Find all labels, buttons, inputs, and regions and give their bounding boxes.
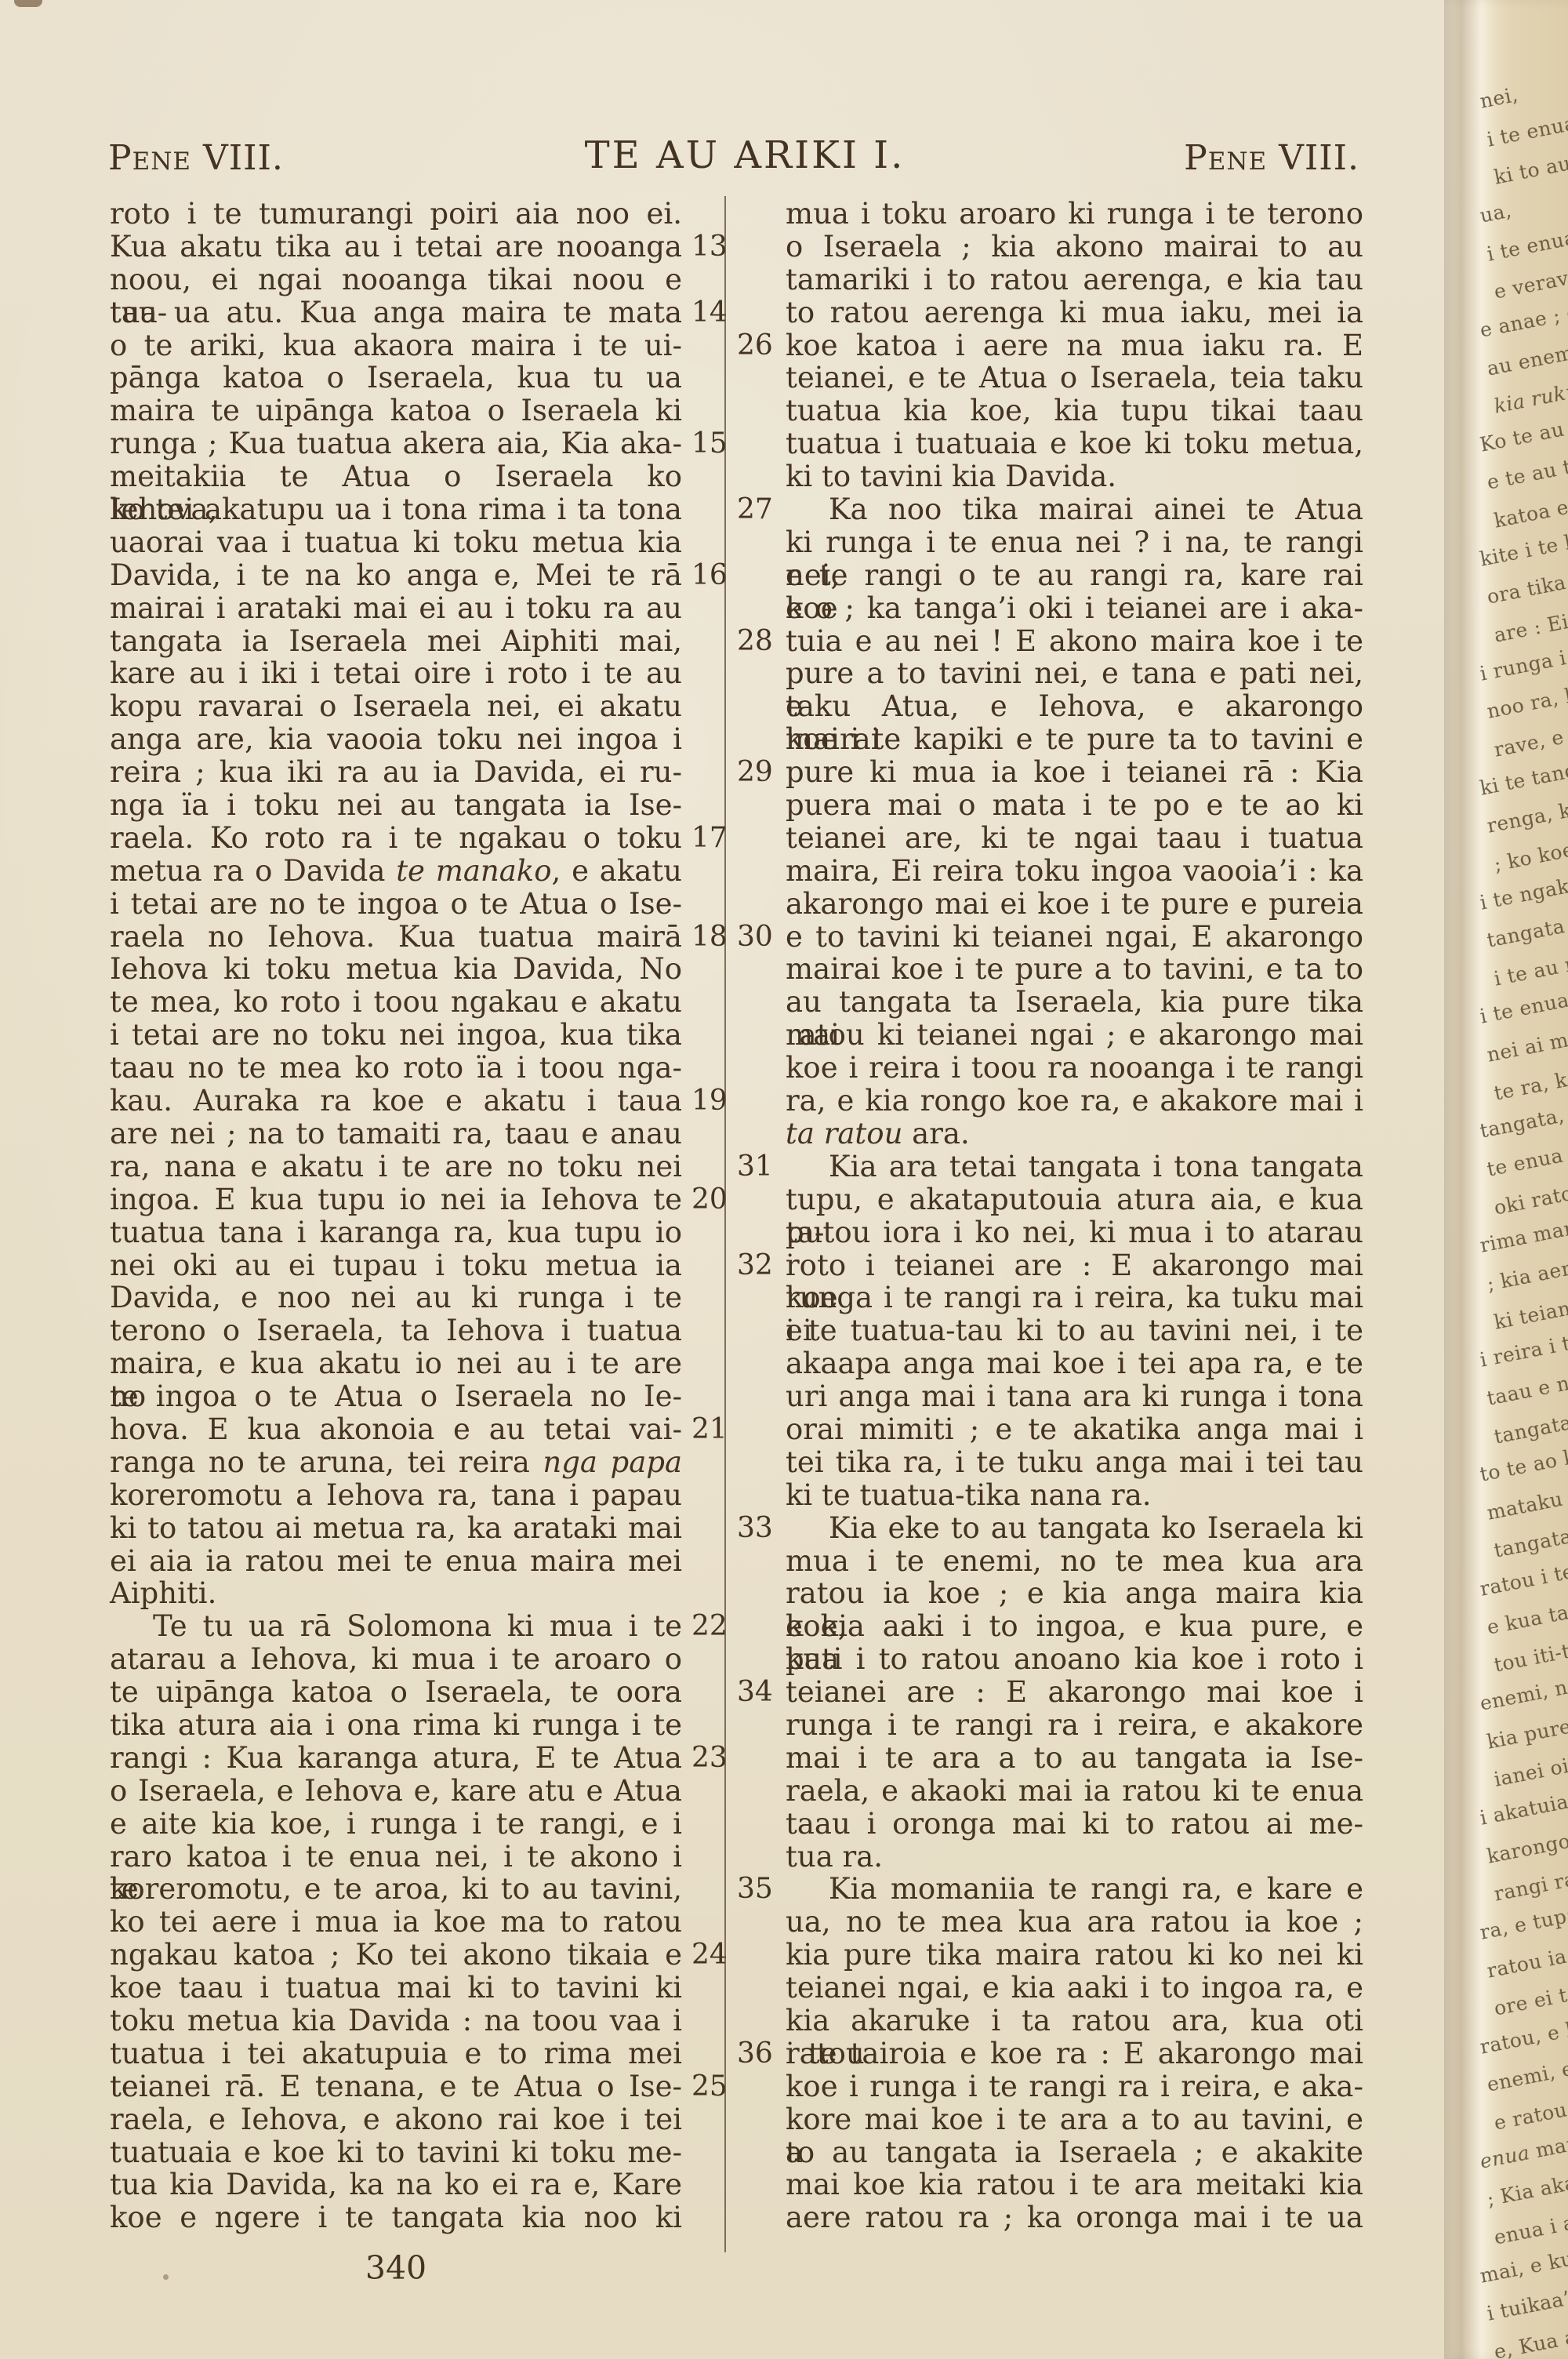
text-line: reira ; kua iki ra au ia Davida, ei ru- — [110, 756, 682, 789]
verse-number: 27 — [737, 493, 782, 526]
text-line: koe katoa i aere na mua iaku ra. E26 — [786, 329, 1363, 362]
verse-number: 17 — [691, 822, 746, 855]
text-line: taau i oronga mai ki to ratou ai me- — [786, 1808, 1363, 1841]
text-line: ingoa. E kua tupu io nei ia Iehova te20 — [110, 1183, 682, 1216]
verse-number: 23 — [691, 1742, 746, 1775]
text-line: rangi : Kua karanga atura, E te Atua23 — [110, 1742, 682, 1775]
text-line: te uipānga katoa o Iseraela, te oora — [110, 1676, 682, 1709]
text-line: teianei, e te Atua o Iseraela, teia taku — [786, 362, 1363, 394]
text-line: e te rangi o te au rangi ra, kare rai ko… — [786, 559, 1363, 592]
text-line: mua i te enemi, no te mea kua ara — [786, 1545, 1363, 1578]
text-line: mua i toku aroaro ki runga i te terono — [786, 198, 1363, 231]
text-line: e aite kia koe, i runga i te rangi, e i — [110, 1808, 682, 1841]
text-line: koreromotu a Iehova ra, tana i papau — [110, 1479, 682, 1512]
text-line: ua, no te mea kua ara ratou ia koe ; — [786, 1906, 1363, 1939]
text-line: kau. Auraka ra koe e akatu i taua19 — [110, 1085, 682, 1118]
text-line: te ingoa o te Atua o Iseraela no Ie- — [110, 1380, 682, 1413]
right-text-column: mua i toku aroaro ki runga i te teronoo … — [786, 198, 1363, 2234]
edge-text-fragment: ki teianei are — [1492, 1285, 1568, 1334]
text-line: ta ratou ara. — [786, 1118, 1363, 1150]
edge-text-fragment: Ko te au pure — [1478, 407, 1568, 456]
text-line: orai mimiti ; e te akatika anga mai i — [786, 1413, 1363, 1446]
header-book-title: TE AU ARIKI I. — [502, 133, 988, 177]
text-line: mairai i arataki mai ei au i toku ra au — [110, 592, 682, 625]
edge-text-fragment: i te enua nei — [1485, 219, 1568, 266]
edge-text-fragment: ora tika ma — [1485, 564, 1568, 609]
text-line: ra, e kia rongo koe ra, e akakore mai i — [786, 1085, 1363, 1118]
edge-text-fragment: ; ko koe, ko — [1492, 831, 1568, 875]
text-line: teianei are, ki te ngai taau i tuatua — [786, 822, 1363, 855]
text-line: teianei are : E akarongo mai koe i34 — [786, 1676, 1363, 1709]
text-line: metua ra o Davida te manako, e akatu — [110, 855, 682, 888]
text-line: noou, ei ngai nooanga tikai noou e tua- — [110, 264, 682, 296]
verse-number: 25 — [691, 2070, 746, 2103]
edge-text-fragment: i te enua nei, — [1485, 103, 1568, 151]
text-line: tuatua kia koe, kia tupu tikai taau — [786, 394, 1363, 427]
edge-text-fragment: i te au rā ka — [1492, 944, 1568, 990]
edge-text-fragment: nei, — [1478, 83, 1519, 113]
text-line: tua kia Davida, ka na ko ei ra e, Kare — [110, 2168, 682, 2201]
text-line: Iehova ki toku metua kia Davida, No — [110, 953, 682, 986]
text-line: tika atura aia i ona rima ki runga i te — [110, 1709, 682, 1742]
text-line: maira, Ei reira toku ingoa vaooia’i : ka — [786, 855, 1363, 888]
text-line: kore mai koe i te ara a to au tavini, e … — [786, 2103, 1363, 2136]
text-line: are nei ; na to tamaiti ra, taau e anau — [110, 1118, 682, 1150]
text-line: tangata ia Iseraela mei Aiphiti mai, — [110, 625, 682, 658]
text-line: akarongo mai ei koe i te pure e pureia — [786, 888, 1363, 921]
text-line: taku Atua, e Iehova, e akarongo mairai — [786, 690, 1363, 723]
edge-text-fragment: i tuikaa’i rat — [1485, 2278, 1568, 2325]
edge-text-fragment: e anae ; e k — [1478, 296, 1568, 341]
text-line: au tangata ta Iseraela, kia pure tika ma… — [786, 986, 1363, 1019]
text-line: Ka noo tika mairai ainei te Atua27 — [786, 493, 1363, 526]
text-line: tuatua i tei akatupuia e to rima mei tei — [110, 2037, 682, 2070]
text-line: tuatua tana i karanga ra, kua tupu io — [110, 1216, 682, 1249]
text-line: nga ïa i toku nei au tangata ia Ise- — [110, 789, 682, 822]
verse-number: 35 — [737, 1873, 782, 1906]
edge-text-fragment: i te ngakau o t — [1478, 863, 1568, 914]
text-line: koe e ngere i te tangata kia noo ki — [110, 2201, 682, 2234]
text-line: toku metua kia Davida : na toou vaa i — [110, 2005, 682, 2037]
edge-text-fragment: kite i te kino — [1478, 524, 1568, 571]
text-line: mai koe kia ratou i te ara meitaki kia — [786, 2168, 1363, 2201]
text-line: Davida, i te na ko anga e, Mei te rā16 — [110, 559, 682, 592]
text-line: e to tavini ki teianei ngai, E akarongo3… — [786, 921, 1363, 954]
text-line: hova. E kua akonoia e au tetai vai-21 — [110, 1413, 682, 1446]
text-line: koe i runga i te rangi ra i reira, e aka… — [786, 2070, 1363, 2103]
text-line: tamariki i to ratou aerenga, e kia tau — [786, 264, 1363, 296]
text-line: raro katoa i te enua nei, i te akono i t… — [110, 1841, 682, 1874]
verse-number: 24 — [691, 1939, 746, 1972]
text-line: te mea, ko roto i toou ngakau e akatu — [110, 986, 682, 1019]
text-line: tuatua i tuatuaia e koe ki toku metua, — [786, 427, 1363, 460]
edge-text-fragment: oki ratou i to — [1492, 1172, 1568, 1219]
verse-number: 36 — [737, 2037, 782, 2070]
text-line: putou iora i ko nei, ki mua i to atarau … — [786, 1216, 1363, 1249]
text-line: uri anga mai i tana ara ki runga i tona — [786, 1380, 1363, 1413]
verse-number: 14 — [691, 296, 746, 329]
left-text-column: roto i te tumurangi poiri aia noo ei.Kua… — [110, 198, 682, 2234]
text-line: tuatuaia e koe ki to tavini ki toku me- — [110, 2136, 682, 2169]
text-line: terono o Iseraela, ta Iehova i tuatua — [110, 1314, 682, 1347]
verse-number: 31 — [737, 1150, 782, 1183]
verse-number: 29 — [737, 756, 782, 789]
header-chapter-left: Pene VIII. — [108, 138, 284, 178]
verse-number: 22 — [691, 1610, 746, 1643]
text-line: roto i teianei are : E akarongo mai koe … — [786, 1249, 1363, 1282]
text-line: pānga katoa o Iseraela, kua tu ua — [110, 362, 682, 394]
text-line: ngakau katoa ; Ko tei akono tikaia e24 — [110, 1939, 682, 1972]
text-line: uaorai vaa i tuatua ki toku metua kia — [110, 526, 682, 559]
verse-number: 32 — [737, 1249, 782, 1282]
text-line: pure ki mua ia koe i teianei rā : Kia29 — [786, 756, 1363, 789]
text-line: Aiphiti. — [110, 1577, 682, 1610]
text-line: i te tairoia e koe ra : E akarongo mai36 — [786, 2037, 1363, 2070]
header-chapter-right: Pene VIII. — [1184, 138, 1359, 178]
text-line: meitakiia te Atua o Iseraela ko Iehova, — [110, 460, 682, 493]
text-line: tuia e au nei ! E akono maira koe i te28 — [786, 625, 1363, 658]
paper-dot — [163, 2274, 169, 2280]
edge-text-fragment: tangata ke — [1492, 1405, 1568, 1448]
text-line: Kia momaniia te rangi ra, e kare e35 — [786, 1873, 1363, 1906]
edge-text-fragment: au enemi — [1485, 340, 1568, 380]
page-header: Pene VIII. TE AU ARIKI I. Pene VIII. — [0, 0, 1568, 196]
text-line: runga i te rangi ra i reira, e akakore — [786, 1709, 1363, 1742]
text-line: koe taau i tuatua mai ki to tavini ki — [110, 1972, 682, 2005]
text-line: tau ua atu. Kua anga maira te mata14 — [110, 296, 682, 329]
text-line: kare au i iki i tetai oire i roto i te a… — [110, 657, 682, 690]
text-line: maira, e kua akatu io nei au i te are no — [110, 1347, 682, 1380]
verse-number: 16 — [691, 559, 746, 592]
text-line: ko tei akatupu ua i tona rima i ta tona — [110, 493, 682, 526]
verse-number: 13 — [691, 231, 746, 264]
edge-text-fragment: te ra, kare te — [1492, 1056, 1568, 1104]
text-line: kopu ravarai o Iseraela nei, ei akatu — [110, 690, 682, 723]
text-line: Kia eke to au tangata ko Iseraela ki33 — [786, 1512, 1363, 1545]
page-number: 340 — [278, 2249, 514, 2287]
verse-number: 19 — [691, 1085, 746, 1118]
verse-number: 28 — [737, 625, 782, 658]
text-line: nei oki au ei tupau i toku metua ia — [110, 1249, 682, 1282]
text-line: Te tu ua rā Solomona ki mua i te22 — [110, 1610, 682, 1643]
edge-text-fragment: i runga i te — [1478, 641, 1568, 685]
edge-text-fragment: to te ao k — [1478, 1445, 1568, 1486]
text-line: ki runga i te enua nei ? i na, te rangi … — [786, 526, 1363, 559]
edge-text-fragment: i reira i t — [1478, 1332, 1568, 1372]
edge-text-fragment: mai, e kua pur — [1478, 2237, 1568, 2288]
book-page: Pene VIII. TE AU ARIKI I. Pene VIII. rot… — [0, 0, 1568, 2359]
text-line: kia pure tika maira ratou ki ko nei ki — [786, 1939, 1363, 1972]
text-line: koe i reira i toou ra nooanga i te rangi — [786, 1052, 1363, 1085]
text-line: akaapa anga mai koe i tei apa ra, e te — [786, 1347, 1363, 1380]
text-line: raela no Iehova. Kua tuatua mairā18 — [110, 921, 682, 954]
text-line: puera mai o mata i te po e te ao ki — [786, 789, 1363, 822]
edge-text-fragment: e veravera, — [1492, 259, 1568, 304]
verse-number: 33 — [737, 1512, 782, 1545]
text-line: teianei ngai, e kia aaki i to ingoa ra, … — [786, 1972, 1363, 2005]
text-line: pati i to ratou anoano kia koe i roto i — [786, 1643, 1363, 1676]
text-line: Kia ara tetai tangata i tona tangata31 — [786, 1150, 1363, 1183]
text-line: i te tuatua-tau ki to au tavini nei, i t… — [786, 1314, 1363, 1347]
edge-text-fragment: are : Ei reir — [1492, 602, 1568, 647]
text-line: raela, e Iehova, e akono rai koe i tei — [110, 2103, 682, 2136]
text-line: ko tei aere i mua ia koe ma to ratou — [110, 1906, 682, 1939]
text-line: raela, e akaoki mai ia ratou ki te enua — [786, 1775, 1363, 1808]
text-line: e o ; ka tanga’i oki i teianei are i aka… — [786, 592, 1363, 625]
edge-text-fragment: katoa e Ise — [1492, 489, 1568, 533]
verse-number: 26 — [737, 329, 782, 362]
text-line: runga ; Kua tuatua akera aia, Kia aka-15 — [110, 427, 682, 460]
text-line: Kua akatu tika au i tetai are nooanga13 — [110, 231, 682, 264]
edge-text-fragment: ki te tanga — [1478, 756, 1568, 799]
text-line: ki to tavini kia Davida. — [786, 460, 1363, 493]
verse-number: 30 — [737, 921, 782, 954]
text-line: i tetai are no te ingoa o te Atua o Ise- — [110, 888, 682, 921]
edge-text-fragment: ua, — [1478, 199, 1513, 227]
edge-text-fragment: te enua man — [1485, 1134, 1568, 1181]
text-line: koreromotu, e te aroa, ki to au tavini, — [110, 1873, 682, 1906]
paper-speck — [14, 0, 42, 7]
edge-text-fragment: ki to au tang — [1492, 141, 1568, 188]
facing-page-edge: nei,i te enua nei,ki to au tangua,i te e… — [1444, 0, 1568, 2359]
text-line: taau no te mea ko roto ïa i toou nga- — [110, 1052, 682, 1085]
verse-number: 21 — [691, 1413, 746, 1446]
verse-number: 15 — [691, 427, 746, 460]
text-line: ra, nana e akatu i te are no toku nei — [110, 1150, 682, 1183]
verse-number: 34 — [737, 1676, 782, 1709]
text-line: mairai koe i te pure a to tavini, e ta t… — [786, 953, 1363, 986]
edge-text-fragment: e, Kua ara m — [1492, 2316, 1568, 2359]
edge-text-fragment: i te enua ta — [1478, 983, 1568, 1028]
verse-number: 20 — [691, 1183, 746, 1216]
text-line: mai i te ara a to au tangata ia Ise- — [786, 1742, 1363, 1775]
text-line: tupu, e akataputouia atura aia, e kua ta… — [786, 1183, 1363, 1216]
text-line: ratou ia koe ; e kia anga maira kia koe, — [786, 1577, 1363, 1610]
text-line: to au tangata ia Iseraela ; e akakite — [786, 2136, 1363, 2169]
text-line: o Iseraela ; kia akono mairai to au — [786, 231, 1363, 264]
text-line: e kia aaki i to ingoa, e kua pure, e kua — [786, 1610, 1363, 1643]
column-divider-rule — [724, 196, 726, 2252]
text-line: tua ra. — [786, 1841, 1363, 1874]
text-line: to ratou aerenga ki mua iaku, mei ia — [786, 296, 1363, 329]
text-line: teianei rā. E tenana, e te Atua o Ise-25 — [110, 2070, 682, 2103]
edge-text-fragment: rave, e akat — [1492, 716, 1568, 761]
text-line: runga i te rangi ra i reira, ka tuku mai… — [786, 1281, 1363, 1314]
text-line: ratou ki teianei ngai ; e akarongo mai — [786, 1019, 1363, 1052]
text-line: roto i te tumurangi poiri aia noo ei. — [110, 198, 682, 231]
text-line: maira te uipānga katoa o Iseraela ki — [110, 394, 682, 427]
text-line: koe i te kapiki e te pure ta to tavini e — [786, 723, 1363, 756]
text-line: raela. Ko roto ra i te ngakau o toku17 — [110, 822, 682, 855]
text-line: atarau a Iehova, ki mua i te aroaro o — [110, 1643, 682, 1676]
edge-text-fragment: rima marōrō, — [1478, 1209, 1568, 1256]
text-line: ei aia ia ratou mei te enua maira mei — [110, 1545, 682, 1578]
text-line: i tetai are no toku nei ingoa, kua tika — [110, 1019, 682, 1052]
text-line: kia akaruke i ta ratou ara, kua oti rato… — [786, 2005, 1363, 2037]
text-line: tei tika ra, i te tuku anga mai i tei ta… — [786, 1446, 1363, 1479]
edge-text-fragment: e te au ta — [1485, 453, 1568, 494]
text-line: o Iseraela, e Iehova e, kare atu e Atua — [110, 1775, 682, 1808]
edge-text-fragment: ratou i teianei — [1478, 1550, 1568, 1601]
text-line: ranga no te aruna, tei reira nga papa — [110, 1446, 682, 1479]
edge-text-fragment: kia rukuia e — [1492, 372, 1568, 417]
edge-text-fragment: nei ai metu — [1485, 1022, 1568, 1067]
text-line: ki to tatou ai metua ra, ka arataki mai — [110, 1512, 682, 1545]
text-line: anga are, kia vaooia toku nei ingoa i — [110, 723, 682, 756]
text-line: pure a to tavini nei, e tana e pati nei,… — [786, 657, 1363, 690]
text-line: o te ariki, kua akaora maira i te ui- — [110, 329, 682, 362]
text-line: ki te tuatua-tika nana ra. — [786, 1479, 1363, 1512]
text-line: aere ratou ra ; ka oronga mai i te ua — [786, 2201, 1363, 2234]
text-line: Davida, e noo nei au ki runga i te — [110, 1281, 682, 1314]
